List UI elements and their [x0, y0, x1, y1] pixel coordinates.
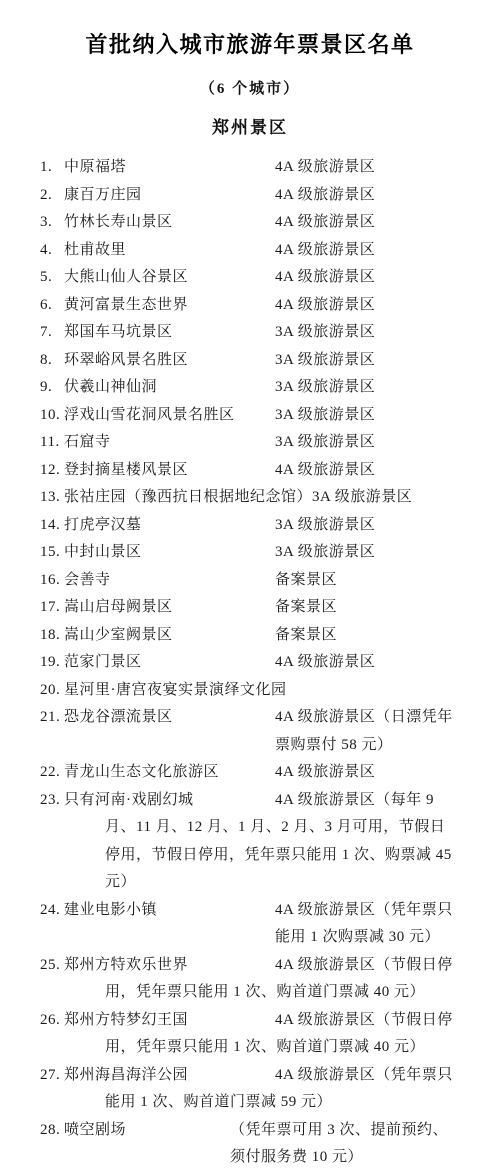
item-grade: （凭年票可用 3 次、提前预约、须付服务费 10 元）	[230, 1117, 460, 1169]
item-number: 25.	[40, 952, 64, 980]
list-item: 7.郑国车马坑景区3A 级旅游景区	[40, 319, 460, 347]
page-subtitle: （6 个城市）	[40, 78, 460, 100]
item-number: 1.	[40, 154, 64, 182]
item-name: 星河里·唐宫夜宴实景演绎文化园	[64, 682, 287, 698]
item-name: 郑国车马坑景区	[64, 319, 275, 347]
item-number: 10.	[40, 402, 64, 430]
item-grade: 4A 级旅游景区	[275, 649, 460, 677]
item-name: 只有河南·戏剧幻城	[64, 787, 275, 815]
item-grade: 备案景区	[275, 594, 460, 622]
item-grade: 4A 级旅游景区（日漂凭年票购票付 58 元）	[275, 704, 460, 759]
item-grade: 3A 级旅游景区	[275, 429, 460, 457]
item-grade: 3A 级旅游景区	[275, 512, 460, 540]
item-grade: 4A 级旅游景区	[275, 182, 460, 210]
item-number: 5.	[40, 264, 64, 292]
item-name: 打虎亭汉墓	[64, 512, 275, 540]
scenic-area-list: 1.中原福塔4A 级旅游景区 2.康百万庄园4A 级旅游景区 3.竹林长寿山景区…	[40, 154, 460, 1169]
list-item: 27.郑州海昌海洋公园4A 级旅游景区（凭年票只能用 1 次、购首道门票减 59…	[40, 1062, 460, 1117]
item-name: 浮戏山雪花洞风景名胜区	[64, 402, 275, 430]
item-name: 嵩山少室阙景区	[64, 622, 275, 650]
section-header-zhengzhou: 郑州景区	[40, 116, 460, 140]
list-item: 21.恐龙谷漂流景区4A 级旅游景区（日漂凭年票购票付 58 元）	[40, 704, 460, 759]
list-item: 19.范家门景区4A 级旅游景区	[40, 649, 460, 677]
item-name: 喷空剧场	[64, 1117, 230, 1145]
item-grade: 4A 级旅游景区	[275, 154, 460, 182]
item-number: 21.	[40, 704, 64, 732]
item-name: 黄河富景生态世界	[64, 292, 275, 320]
list-item: 23.只有河南·戏剧幻城4A 级旅游景区（每年 9 月、11 月、12 月、1 …	[40, 787, 460, 897]
item-name: 康百万庄园	[64, 182, 275, 210]
item-grade: 4A 级旅游景区	[275, 457, 460, 485]
list-item: 6.黄河富景生态世界4A 级旅游景区	[40, 292, 460, 320]
item-number: 11.	[40, 429, 64, 457]
list-item: 1.中原福塔4A 级旅游景区	[40, 154, 460, 182]
item-grade: 备案景区	[275, 567, 460, 595]
item-name: 范家门景区	[64, 649, 275, 677]
item-name: 嵩山启母阙景区	[64, 594, 275, 622]
list-item: 4.杜甫故里4A 级旅游景区	[40, 237, 460, 265]
item-number: 3.	[40, 209, 64, 237]
item-number: 6.	[40, 292, 64, 320]
item-number: 22.	[40, 759, 64, 787]
list-item: 24.建业电影小镇4A 级旅游景区（凭年票只能用 1 次购票减 30 元）	[40, 897, 460, 952]
item-grade: 4A 级旅游景区	[275, 264, 460, 292]
item-name: 竹林长寿山景区	[64, 209, 275, 237]
item-number: 13.	[40, 484, 64, 512]
item-number: 15.	[40, 539, 64, 567]
item-grade: 3A 级旅游景区	[275, 374, 460, 402]
item-number: 2.	[40, 182, 64, 210]
list-item: 3.竹林长寿山景区4A 级旅游景区	[40, 209, 460, 237]
list-item: 16.会善寺备案景区	[40, 567, 460, 595]
item-name: 石窟寺	[64, 429, 275, 457]
document-page: 首批纳入城市旅游年票景区名单 （6 个城市） 郑州景区 1.中原福塔4A 级旅游…	[0, 0, 500, 1169]
item-name: 郑州方特欢乐世界	[64, 952, 275, 980]
item-grade: 3A 级旅游景区	[312, 489, 412, 505]
item-grade: 4A 级旅游景区	[275, 292, 460, 320]
item-grade: 3A 级旅游景区	[275, 319, 460, 347]
list-item: 14.打虎亭汉墓3A 级旅游景区	[40, 512, 460, 540]
item-number: 26.	[40, 1007, 64, 1035]
item-number: 4.	[40, 237, 64, 265]
item-grade: 4A 级旅游景区（凭年票只能用 1 次购票减 30 元）	[275, 897, 460, 952]
item-number: 12.	[40, 457, 64, 485]
list-item: 10.浮戏山雪花洞风景名胜区3A 级旅游景区	[40, 402, 460, 430]
item-name: 青龙山生态文化旅游区	[64, 759, 275, 787]
item-grade: 4A 级旅游景区	[275, 759, 460, 787]
item-number: 14.	[40, 512, 64, 540]
item-name: 郑州海昌海洋公园	[64, 1062, 275, 1090]
list-item: 26.郑州方特梦幻王国4A 级旅游景区（节假日停用，凭年票只能用 1 次、购首道…	[40, 1007, 460, 1062]
item-number: 23.	[40, 787, 64, 815]
list-item: 22.青龙山生态文化旅游区4A 级旅游景区	[40, 759, 460, 787]
item-name: 登封摘星楼风景区	[64, 457, 275, 485]
list-item: 12.登封摘星楼风景区4A 级旅游景区	[40, 457, 460, 485]
list-item: 5.大熊山仙人谷景区4A 级旅游景区	[40, 264, 460, 292]
list-item: 2.康百万庄园4A 级旅游景区	[40, 182, 460, 210]
page-title: 首批纳入城市旅游年票景区名单	[40, 30, 460, 60]
list-item: 20.星河里·唐宫夜宴实景演绎文化园	[40, 677, 460, 705]
item-name: 建业电影小镇	[64, 897, 275, 925]
item-grade: 3A 级旅游景区	[275, 347, 460, 375]
item-name: 会善寺	[64, 567, 275, 595]
item-number: 9.	[40, 374, 64, 402]
list-item: 13.张祜庄园（豫西抗日根据地纪念馆）3A 级旅游景区	[40, 484, 460, 512]
item-name: 中原福塔	[64, 154, 275, 182]
item-number: 19.	[40, 649, 64, 677]
item-grade: 4A 级旅游景区	[275, 237, 460, 265]
item-number: 16.	[40, 567, 64, 595]
list-item: 8.环翠峪风景名胜区3A 级旅游景区	[40, 347, 460, 375]
list-item: 9.伏羲山神仙洞3A 级旅游景区	[40, 374, 460, 402]
list-item: 18.嵩山少室阙景区备案景区	[40, 622, 460, 650]
item-name: 张祜庄园（豫西抗日根据地纪念馆）	[64, 489, 312, 505]
item-name: 恐龙谷漂流景区	[64, 704, 275, 732]
item-name: 大熊山仙人谷景区	[64, 264, 275, 292]
item-number: 18.	[40, 622, 64, 650]
item-name: 伏羲山神仙洞	[64, 374, 275, 402]
item-number: 24.	[40, 897, 64, 925]
item-grade: 4A 级旅游景区	[275, 209, 460, 237]
item-name: 杜甫故里	[64, 237, 275, 265]
item-name: 中封山景区	[64, 539, 275, 567]
item-number: 20.	[40, 677, 64, 705]
item-number: 7.	[40, 319, 64, 347]
item-name: 环翠峪风景名胜区	[64, 347, 275, 375]
item-name: 郑州方特梦幻王国	[64, 1007, 275, 1035]
item-grade: 3A 级旅游景区	[275, 402, 460, 430]
item-number: 17.	[40, 594, 64, 622]
list-item: 17.嵩山启母阙景区备案景区	[40, 594, 460, 622]
item-number: 8.	[40, 347, 64, 375]
item-grade: 备案景区	[275, 622, 460, 650]
item-number: 27.	[40, 1062, 64, 1090]
list-item: 15.中封山景区3A 级旅游景区	[40, 539, 460, 567]
item-number: 28.	[40, 1117, 64, 1145]
list-item: 25.郑州方特欢乐世界4A 级旅游景区（节假日停用，凭年票只能用 1 次、购首道…	[40, 952, 460, 1007]
item-grade: 3A 级旅游景区	[275, 539, 460, 567]
list-item: 11.石窟寺3A 级旅游景区	[40, 429, 460, 457]
list-item: 28.喷空剧场（凭年票可用 3 次、提前预约、须付服务费 10 元）	[40, 1117, 460, 1169]
